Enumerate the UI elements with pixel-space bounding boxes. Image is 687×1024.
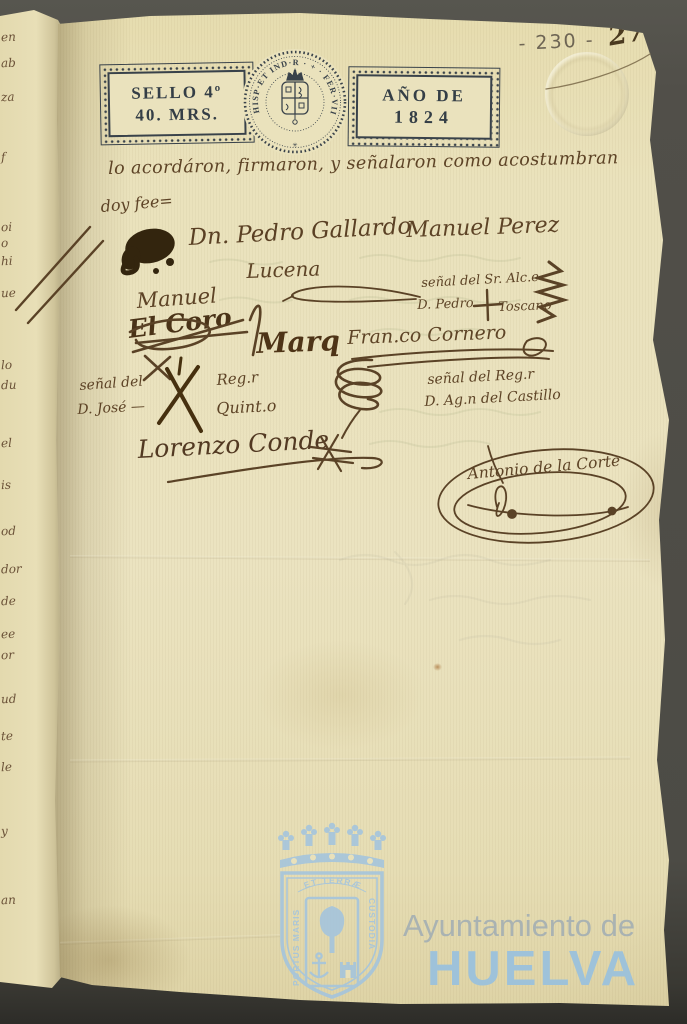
margin-fragment: dor	[1, 562, 22, 577]
anchor-emblem	[310, 953, 328, 978]
paper-crease	[70, 555, 650, 562]
margin-fragment: od	[1, 524, 16, 539]
stamp-year-label: AÑO DE	[382, 85, 466, 107]
signature-manuel-perez: Manuel Perez	[406, 215, 560, 242]
margin-fragment: ue	[1, 286, 16, 301]
margin-fragment: za	[1, 90, 15, 104]
signature-antonio-corte: Antonio de la Corte	[467, 454, 621, 483]
mark-regidor-right-name: D. Ag.n del Castillo	[424, 388, 561, 409]
margin-fragment: oi	[1, 220, 13, 234]
stain	[255, 640, 425, 750]
margin-fragment: te	[1, 729, 13, 743]
mark-regidor-left-name-1: D. José —	[77, 399, 145, 417]
margin-fragment: du	[1, 378, 17, 393]
mark-alcalde-label: señal del Sr. Alc.e	[421, 271, 539, 290]
margin-fragment: ud	[1, 692, 17, 707]
embossed-dry-seal	[545, 52, 629, 136]
folio-number-ink: 27	[606, 17, 648, 50]
margin-fragment: el	[1, 436, 12, 450]
royal-seal: HISP·ET IND·R · + · FER·VII·D·G ✳	[238, 45, 352, 159]
watermark-org-line2: HUELVA	[427, 941, 639, 997]
stamp-year-value: 1824	[394, 106, 454, 129]
margin-fragment: or	[1, 648, 14, 662]
shield-motto-left: PORTUS MARIS	[291, 909, 301, 986]
signature-pedro-gallardo-surname: Lucena	[246, 258, 321, 281]
shield-motto-right: CUSTODIA	[367, 898, 377, 950]
signature-lorenzo-conde: Lorenzo Conde	[137, 427, 330, 462]
mark-regidor-left-title: Reg.r	[216, 370, 259, 388]
margin-fragment: en	[1, 30, 16, 45]
closing-formula-line: lo acordáron, firmaron, y señalaron como…	[108, 150, 619, 178]
stamp-sello-line: SELLO 4º	[131, 81, 222, 104]
signature-cornero: Fran.co Cornero	[347, 323, 507, 348]
mark-regidor-left-name-2: Quint.o	[216, 398, 277, 417]
margin-fragment: de	[1, 594, 16, 609]
margin-fragment: ee	[1, 627, 16, 641]
margin-fragment: o	[1, 236, 9, 250]
seal-bottom-ornament: ✳	[292, 142, 297, 149]
mark-regidor-left-label: señal del	[79, 375, 143, 393]
signature-pedro-gallardo: Dn. Pedro Gallardo	[188, 215, 412, 250]
stamp-mrs-line: 40. MRS.	[135, 103, 219, 126]
margin-fragment: le	[1, 760, 12, 774]
paper-crease	[70, 757, 630, 763]
signature-marques: Marq	[256, 327, 340, 358]
previous-page-edge: en ab za f oi o hi ue lo du el is od dor…	[0, 0, 66, 1024]
mark-alcalde-name-1: D. Pedro	[417, 297, 474, 312]
rust-spot	[433, 663, 442, 671]
doy-fee-line: doy fee=	[100, 193, 173, 215]
mark-alcalde-name-2: Toscano	[498, 299, 552, 314]
margin-fragment: f	[1, 150, 6, 164]
margin-fragment: ab	[1, 56, 16, 71]
mural-crown	[278, 823, 386, 850]
margin-fragment: is	[1, 478, 11, 492]
mark-regidor-right-label: señal del Reg.r	[427, 367, 534, 387]
stamp-left-box: SELLO 4º 40. MRS.	[99, 62, 254, 146]
tower-emblem	[340, 962, 356, 978]
margin-fragment: y	[1, 824, 8, 838]
stain	[620, 430, 687, 590]
huelva-shield-logo: ET TERRÆ PORTUS MARIS CUSTODIA	[272, 820, 392, 1018]
stamp-right-box: AÑO DE 1824	[348, 66, 501, 148]
margin-fragment: lo	[1, 358, 13, 372]
folio-number-pencil: - 230 -	[518, 29, 595, 55]
watermark-org-line1: Ayuntamiento de	[403, 908, 635, 944]
margin-fragment: hi	[1, 254, 13, 268]
margin-fragment: an	[1, 893, 16, 908]
tree-emblem	[320, 906, 345, 953]
